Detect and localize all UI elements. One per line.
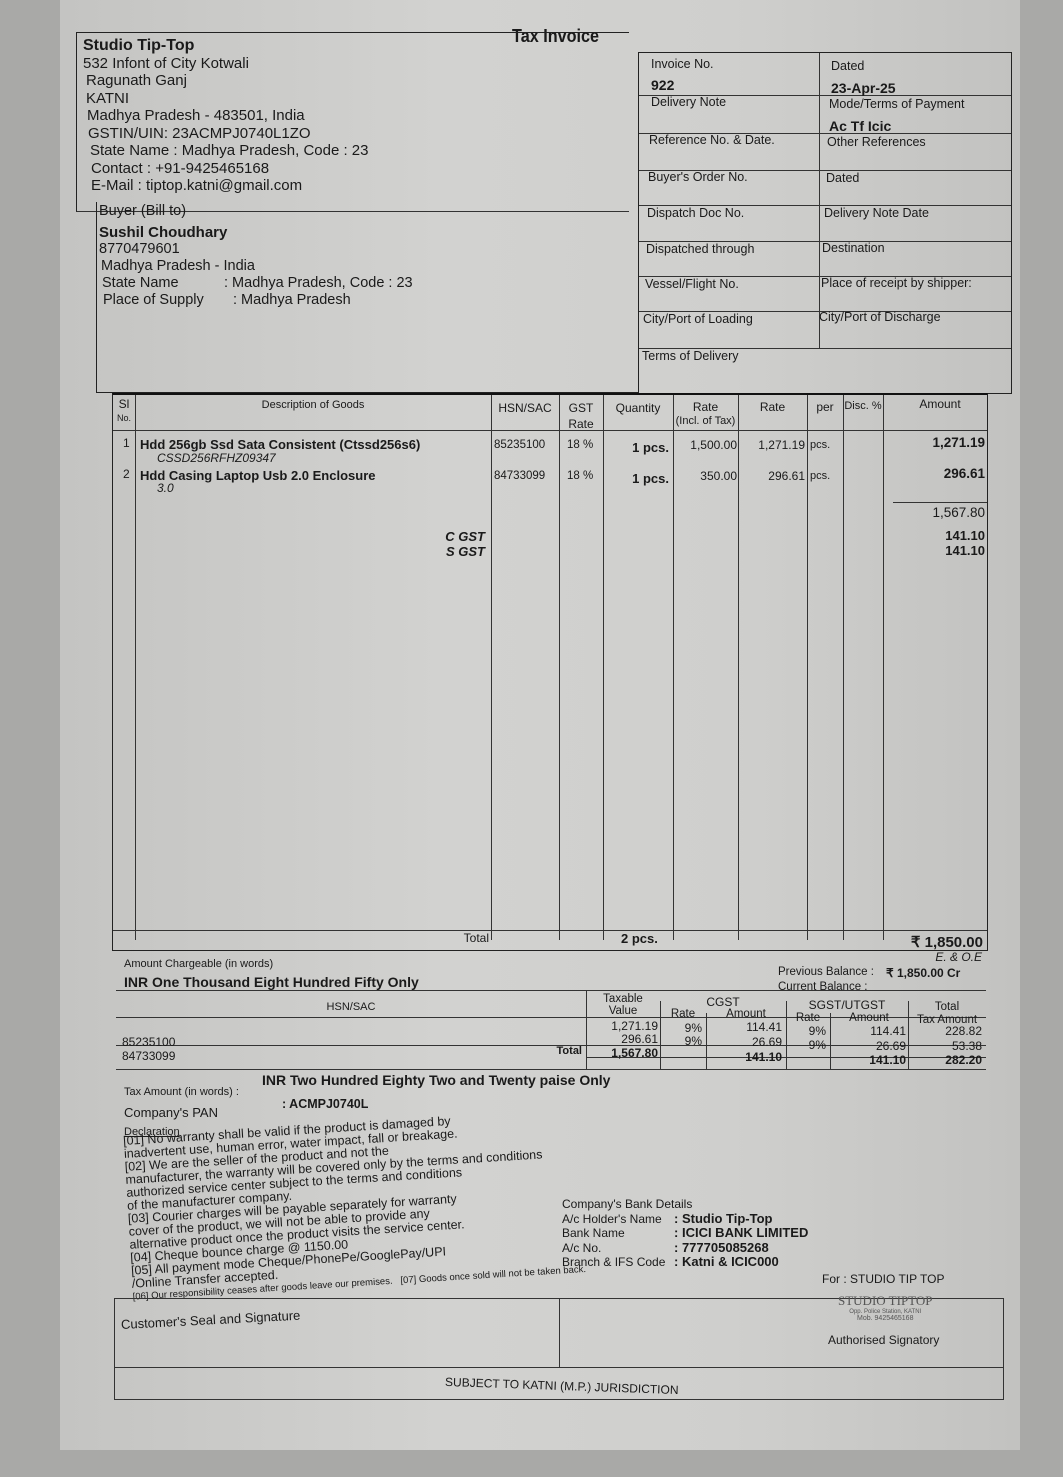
bank-name: ICICI BANK LIMITED xyxy=(682,1225,808,1240)
col-rate-incl-sub: (Incl. of Tax) xyxy=(673,415,738,427)
authorised-signatory: Authorised Signatory xyxy=(828,1333,939,1347)
tax-total-sgst: 141.10 xyxy=(830,1053,906,1067)
port-loading-label: City/Port of Loading xyxy=(643,312,753,326)
tax-col-hsn: HSN/SAC xyxy=(116,1001,586,1013)
dispatch-doc-label: Dispatch Doc No. xyxy=(647,206,744,220)
col-sl: Sl xyxy=(115,397,133,411)
tax-total-taxable: 1,567.80 xyxy=(586,1046,658,1060)
sgst-label: S GST xyxy=(413,544,485,559)
seller-block: Studio Tip-Top 532 Infont of City Kotwal… xyxy=(76,32,629,212)
col-amount: Amount xyxy=(893,397,987,411)
dated-label: Dated xyxy=(831,59,864,73)
tax-total-cgst: 141.10 xyxy=(706,1050,782,1064)
delivery-note-date-label: Delivery Note Date xyxy=(824,206,929,220)
buyer-label: Buyer (Bill to) xyxy=(99,203,637,220)
for-company: For : STUDIO TIP TOP xyxy=(822,1272,944,1286)
col-per: per xyxy=(807,400,843,414)
invoice-no: 922 xyxy=(651,77,674,93)
col-disc: Disc. % xyxy=(843,400,883,412)
order-dated-label: Dated xyxy=(826,171,859,185)
buyer-region: Madhya Pradesh - India xyxy=(99,258,637,275)
terms-delivery-label: Terms of Delivery xyxy=(642,349,739,363)
seller-email: E-Mail : tiptop.katni@gmail.com xyxy=(83,177,623,195)
col-description: Description of Goods xyxy=(135,399,491,411)
buyer-place-of-supply: Place of Supply: Madhya Pradesh xyxy=(99,292,637,309)
subtotal: 1,567.80 xyxy=(893,505,985,520)
company-stamp: STUDIO TIPTOP Opp. Police Station, KATNI… xyxy=(838,1293,933,1322)
dispatched-through-label: Dispatched through xyxy=(646,242,754,256)
seller-contact: Contact : +91-9425465168 xyxy=(83,160,623,178)
branch-ifsc: Katni & ICIC000 xyxy=(682,1254,779,1269)
words-label: Amount Chargeable (in words) xyxy=(124,958,273,970)
tax-total-label: Total xyxy=(496,1045,582,1057)
customer-signature-label: Customer's Seal and Signature xyxy=(121,1308,301,1332)
total-label: Total xyxy=(413,931,489,945)
col-gst-rate: Rate xyxy=(559,417,603,431)
item-description: Hdd Casing Laptop Usb 2.0 Enclosure xyxy=(140,468,375,483)
seller-address-2: Ragunath Ganj xyxy=(83,72,623,90)
col-quantity: Quantity xyxy=(603,401,673,415)
bank-details: Company's Bank Details A/c Holder's Name… xyxy=(562,1198,808,1270)
invoice-date: 23-Apr-25 xyxy=(831,80,896,96)
buyer-state: State Name: Madhya Pradesh, Code : 23 xyxy=(99,275,637,292)
buyer-phone: 8770479601 xyxy=(99,241,637,258)
reference-label: Reference No. & Date. xyxy=(649,133,775,147)
previous-balance-label: Previous Balance : xyxy=(778,966,874,978)
delivery-note-label: Delivery Note xyxy=(651,95,726,109)
invoice-meta: Invoice No. 922 Dated 23-Apr-25 Delivery… xyxy=(638,52,1012,394)
col-hsn: HSN/SAC xyxy=(491,401,559,415)
other-references-label: Other References xyxy=(827,135,926,149)
col-rate-incl: Rate xyxy=(673,400,738,414)
item-serial: CSSD256RFHZ09347 xyxy=(157,451,276,465)
payment-terms-label: Mode/Terms of Payment xyxy=(829,97,964,111)
sgst-amount: 141.10 xyxy=(893,543,985,558)
cgst-amount: 141.10 xyxy=(893,528,985,543)
previous-balance: ₹ 1,850.00 Cr xyxy=(886,966,960,980)
buyers-order-label: Buyer's Order No. xyxy=(648,170,748,184)
buyer-block: Buyer (Bill to) Sushil Choudhary 8770479… xyxy=(96,202,639,393)
col-gst: GST xyxy=(559,401,603,415)
buyer-name: Sushil Choudhary xyxy=(99,224,637,241)
account-number: 777705085268 xyxy=(682,1240,769,1255)
amount-in-words: INR One Thousand Eight Hundred Fifty Onl… xyxy=(124,974,419,990)
port-discharge-label: City/Port of Discharge xyxy=(819,310,941,324)
seller-name: Studio Tip-Top xyxy=(83,37,623,55)
tax-in-words: INR Two Hundred Eighty Two and Twenty pa… xyxy=(262,1074,610,1087)
jurisdiction: SUBJECT TO KATNI (M.P.) JURISDICTION xyxy=(445,1375,679,1397)
items-table: Sl No. Description of Goods HSN/SAC GST … xyxy=(112,393,988,951)
tax-total-amount: 282.20 xyxy=(908,1053,982,1067)
total-quantity: 2 pcs. xyxy=(621,931,658,946)
eoe: E. & O.E xyxy=(935,950,982,964)
tax-summary-table: HSN/SAC Taxable Value CGST Rate Amount S… xyxy=(116,990,986,1070)
vessel-label: Vessel/Flight No. xyxy=(645,277,739,291)
place-receipt-label: Place of receipt by shipper: xyxy=(821,276,972,290)
payment-terms: Ac Tf Icic xyxy=(829,118,891,134)
seller-gstin: GSTIN/UIN: 23ACMPJ0740L1ZO xyxy=(83,125,623,143)
account-holder: Studio Tip-Top xyxy=(682,1211,773,1226)
col-no: No. xyxy=(115,413,133,423)
seller-address-1: 532 Infont of City Kotwali xyxy=(83,55,623,73)
destination-label: Destination xyxy=(822,241,885,255)
item-description: Hdd 256gb Ssd Sata Consistent (Ctssd256s… xyxy=(140,437,420,452)
col-rate: Rate xyxy=(738,400,807,414)
bank-title: Company's Bank Details xyxy=(562,1198,808,1212)
cgst-label: C GST xyxy=(413,529,485,544)
seller-state: State Name : Madhya Pradesh, Code : 23 xyxy=(83,142,623,160)
grand-total: ₹ 1,850.00 xyxy=(883,933,983,951)
item-serial: 3.0 xyxy=(157,481,174,495)
seller-address-3: KATNI xyxy=(83,90,623,108)
invoice-no-label: Invoice No. xyxy=(651,57,714,71)
seller-address-4: Madhya Pradesh - 483501, India xyxy=(83,107,623,125)
tax-words-label: Tax Amount (in words) : xyxy=(124,1086,239,1099)
